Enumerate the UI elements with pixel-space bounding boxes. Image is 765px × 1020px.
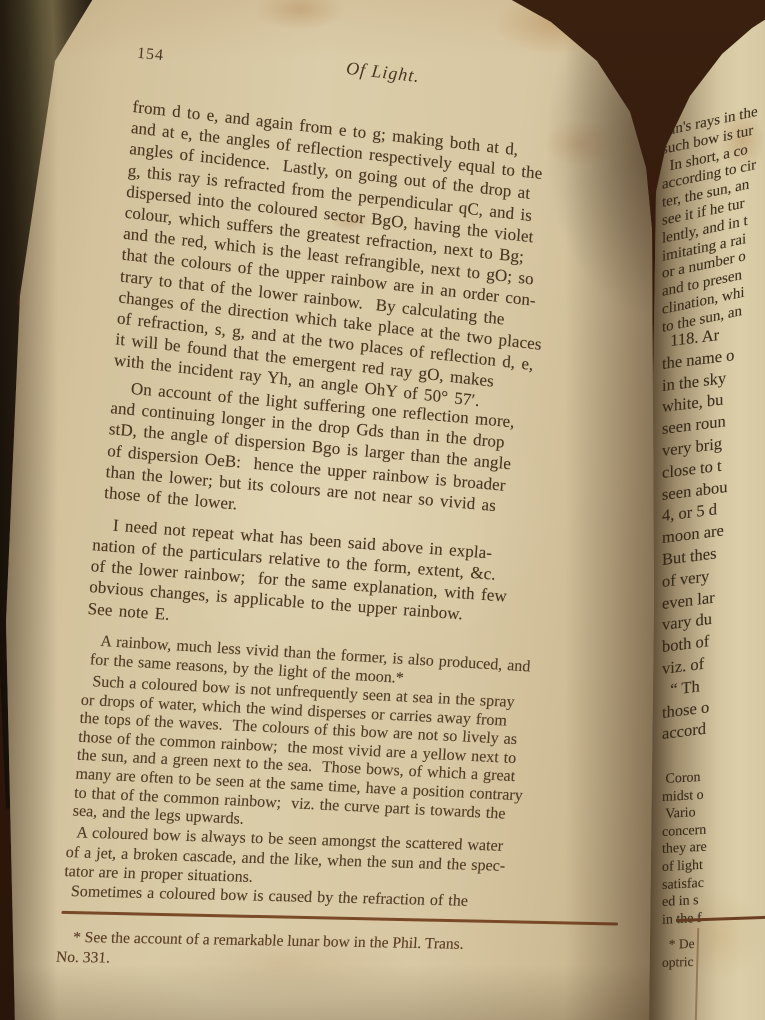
right-page-text-section-118: 118. Arthe name oin the skywhite, buseen… (662, 322, 734, 745)
paper-stain (495, 0, 615, 54)
text-line: * De (662, 935, 695, 954)
page-number: 154 (136, 45, 164, 65)
right-page-text-top: sun's rays in thesuch bow is tur In shor… (662, 104, 758, 338)
right-page-partial: sun's rays in thesuch bow is tur In shor… (648, 0, 765, 1020)
paragraph-continuation: from d to e, and again from e to g; maki… (113, 96, 650, 429)
text-line: midst o (662, 786, 707, 806)
footnote-rule (61, 911, 618, 926)
running-header: Of Light. (345, 58, 421, 87)
text-line: optric (662, 953, 695, 972)
right-page-note-text: Coronmidst o Varioconcernthey areof ligh… (662, 769, 707, 930)
note-paragraph: Such a coloured bow is not unfrequently … (72, 673, 610, 847)
right-page-footnote: * Deoptric (662, 935, 695, 972)
footnote: * See the account of a remarkable lunar … (55, 928, 593, 977)
left-page-text: from d to e, and again from e to g; maki… (69, 88, 652, 1007)
text-line: Coron (662, 769, 707, 789)
left-page: 154 Of Light. from d to e, and again fro… (0, 0, 660, 1020)
text-line: of light (662, 857, 707, 877)
page-crease (695, 928, 699, 1020)
paper-stain (255, 0, 345, 30)
text-line: satisfac (662, 874, 707, 894)
open-book-photo: 154 Of Light. from d to e, and again fro… (0, 0, 765, 1020)
